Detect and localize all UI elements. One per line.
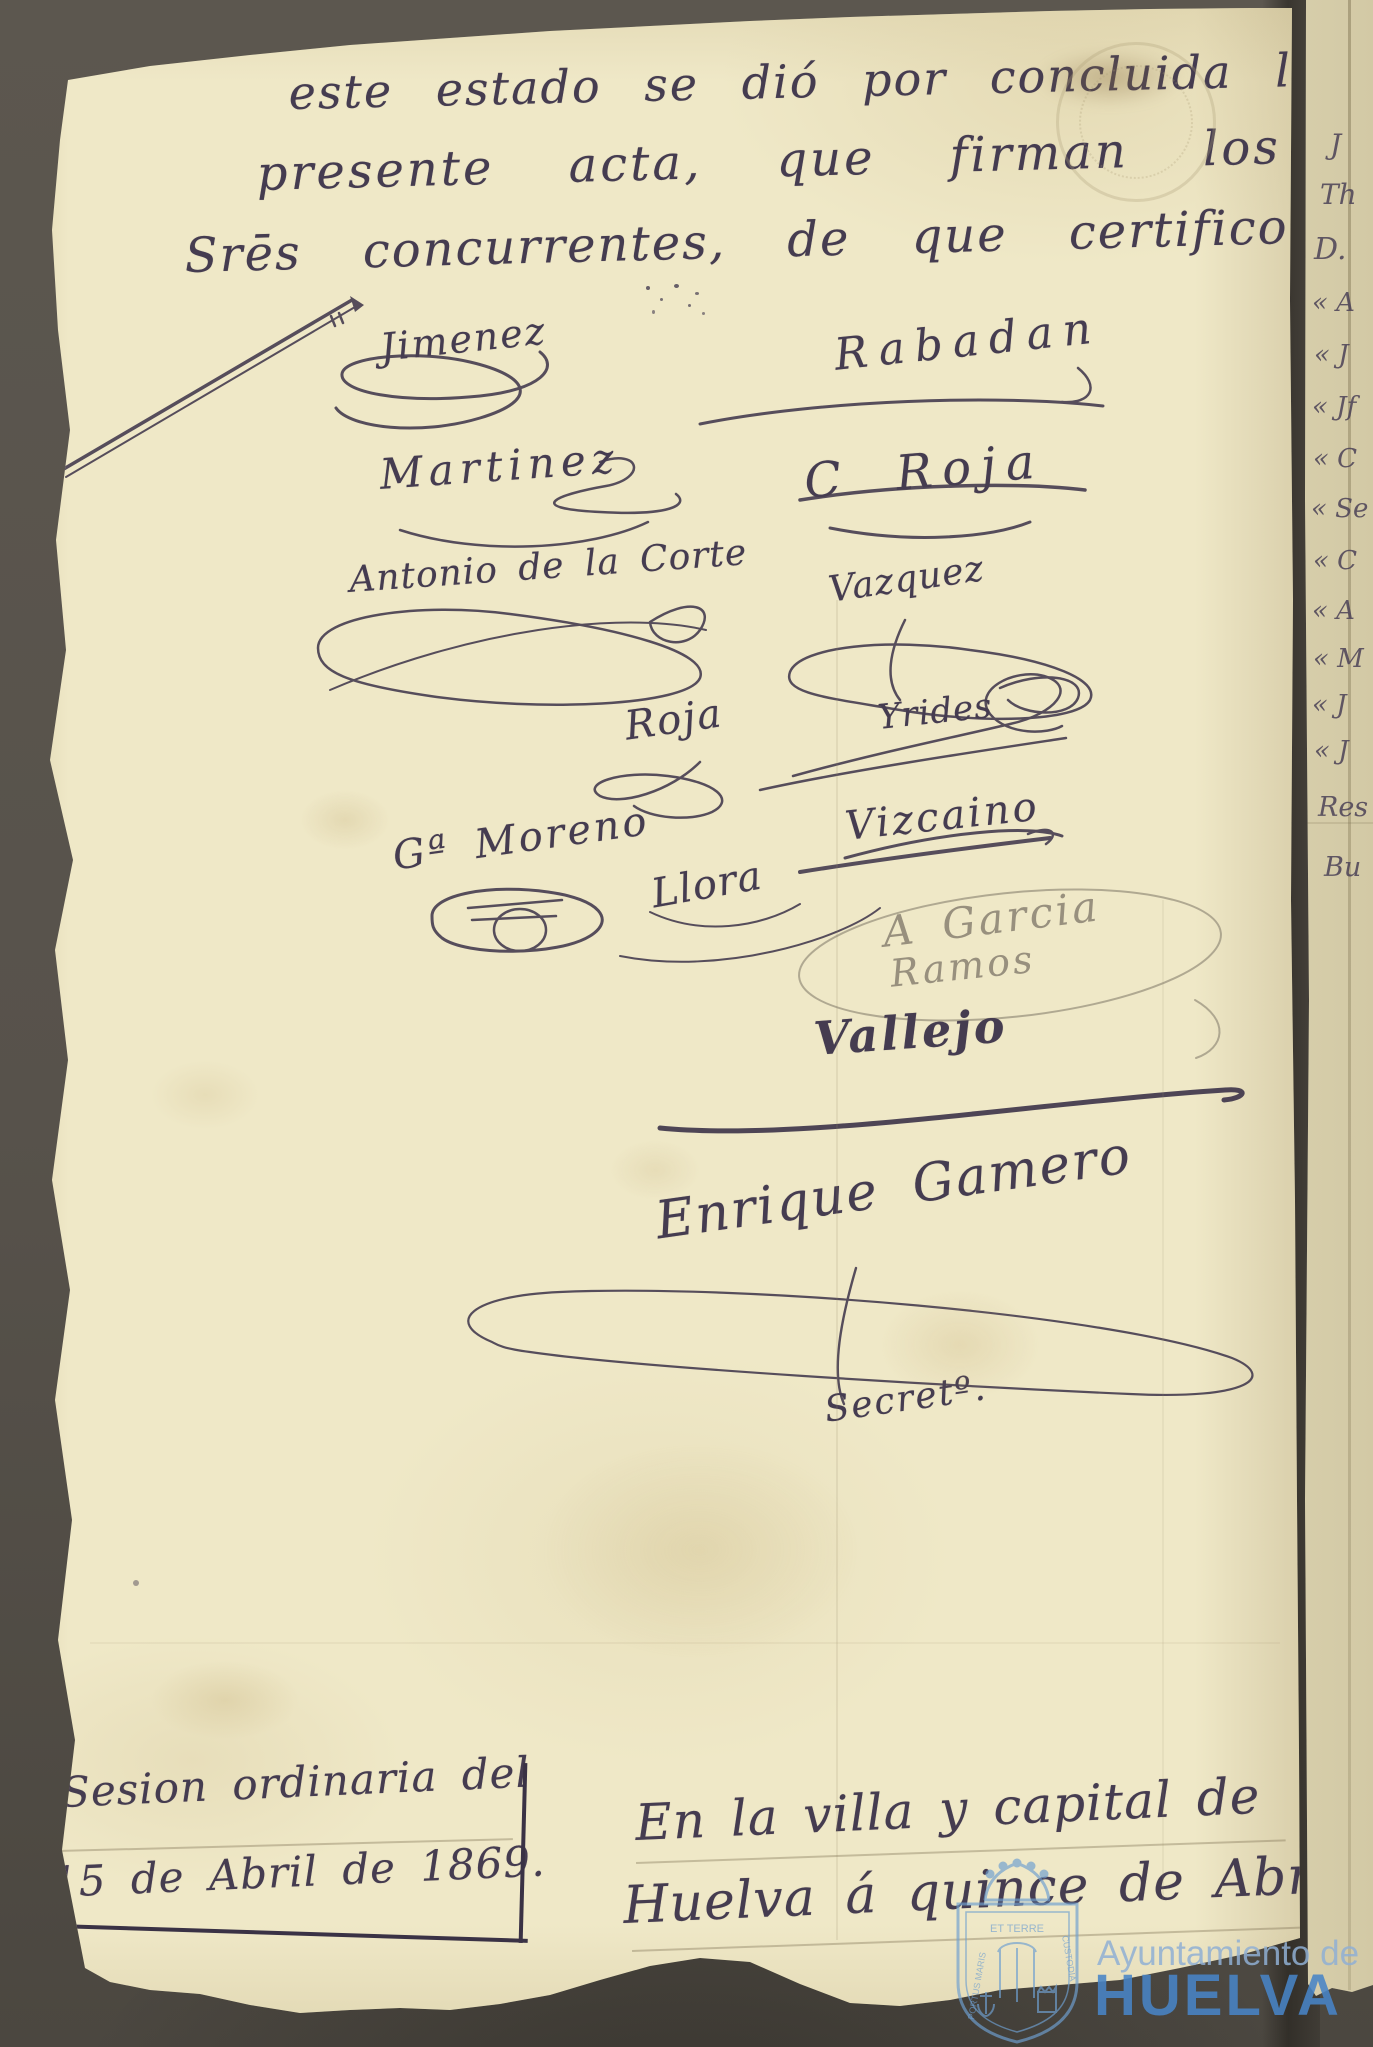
moreno-rubric xyxy=(432,889,602,951)
adjacent-text-fragment: « J xyxy=(1312,690,1347,720)
adjacent-text-fragment: « J xyxy=(1314,340,1349,370)
horizontal-crease xyxy=(90,1642,1280,1644)
croja-underline2 xyxy=(830,522,1030,537)
manuscript-page: este estado se dió por concluida la pres… xyxy=(0,0,1373,2047)
adjacent-text-fragment: Th xyxy=(1320,178,1357,211)
adjacent-text-fragment: Bu xyxy=(1324,852,1361,883)
adjacent-text-fragment: J xyxy=(1330,128,1341,161)
ink-speck xyxy=(688,304,691,307)
adjacent-text-fragment: « C xyxy=(1313,546,1357,576)
adjacent-text-fragment: « J xyxy=(1314,736,1349,766)
rabadan-tail xyxy=(1062,368,1091,402)
embossed-seal xyxy=(1056,42,1216,202)
adjacent-text-fragment: « M xyxy=(1313,644,1364,674)
vertical-crease xyxy=(836,600,838,1940)
gamero-loop xyxy=(468,1291,1252,1395)
pen-flourishes xyxy=(0,0,1373,2047)
gamero-descender xyxy=(838,1268,856,1404)
adjacent-text-fragment: « Jf xyxy=(1312,392,1356,422)
adjacent-text-fragment: « A xyxy=(1312,596,1355,626)
scanned-document-viewport: J Th D. « A « J « Jf « C « Se « C « A « … xyxy=(0,0,1373,2047)
antonio-flourish xyxy=(318,610,701,705)
vertical-crease xyxy=(1162,900,1164,1900)
ink-speck xyxy=(646,286,650,290)
ink-speck xyxy=(674,284,679,288)
diagonal-pen-stroke xyxy=(66,307,355,477)
adjacent-text-fragment: « Se xyxy=(1311,494,1368,524)
antonio-flourish xyxy=(330,623,706,691)
vazquez-flourish xyxy=(1000,677,1079,712)
ink-speck xyxy=(133,1580,139,1586)
diagonal-pen-stroke xyxy=(62,300,352,470)
garcia-ramos-pencil-tail xyxy=(1195,1000,1220,1058)
adjacent-text-fragment: « C xyxy=(1313,444,1357,474)
adjacent-text-fragment: Res xyxy=(1318,792,1368,823)
rabadan-underline xyxy=(700,400,1103,424)
adjacent-text-fragment: D. xyxy=(1314,232,1347,267)
ink-speck xyxy=(660,298,663,301)
vallejo-underline xyxy=(660,1090,1242,1131)
adjacent-ruled-line xyxy=(1306,822,1373,824)
adjacent-text-fragment: « A xyxy=(1312,288,1355,318)
ink-speck xyxy=(652,310,655,314)
vazquez-descender xyxy=(891,620,905,700)
ink-speck xyxy=(702,312,705,315)
ink-speck xyxy=(695,292,699,295)
embossed-seal-inner xyxy=(1079,65,1193,179)
moreno-rubric xyxy=(494,909,546,951)
